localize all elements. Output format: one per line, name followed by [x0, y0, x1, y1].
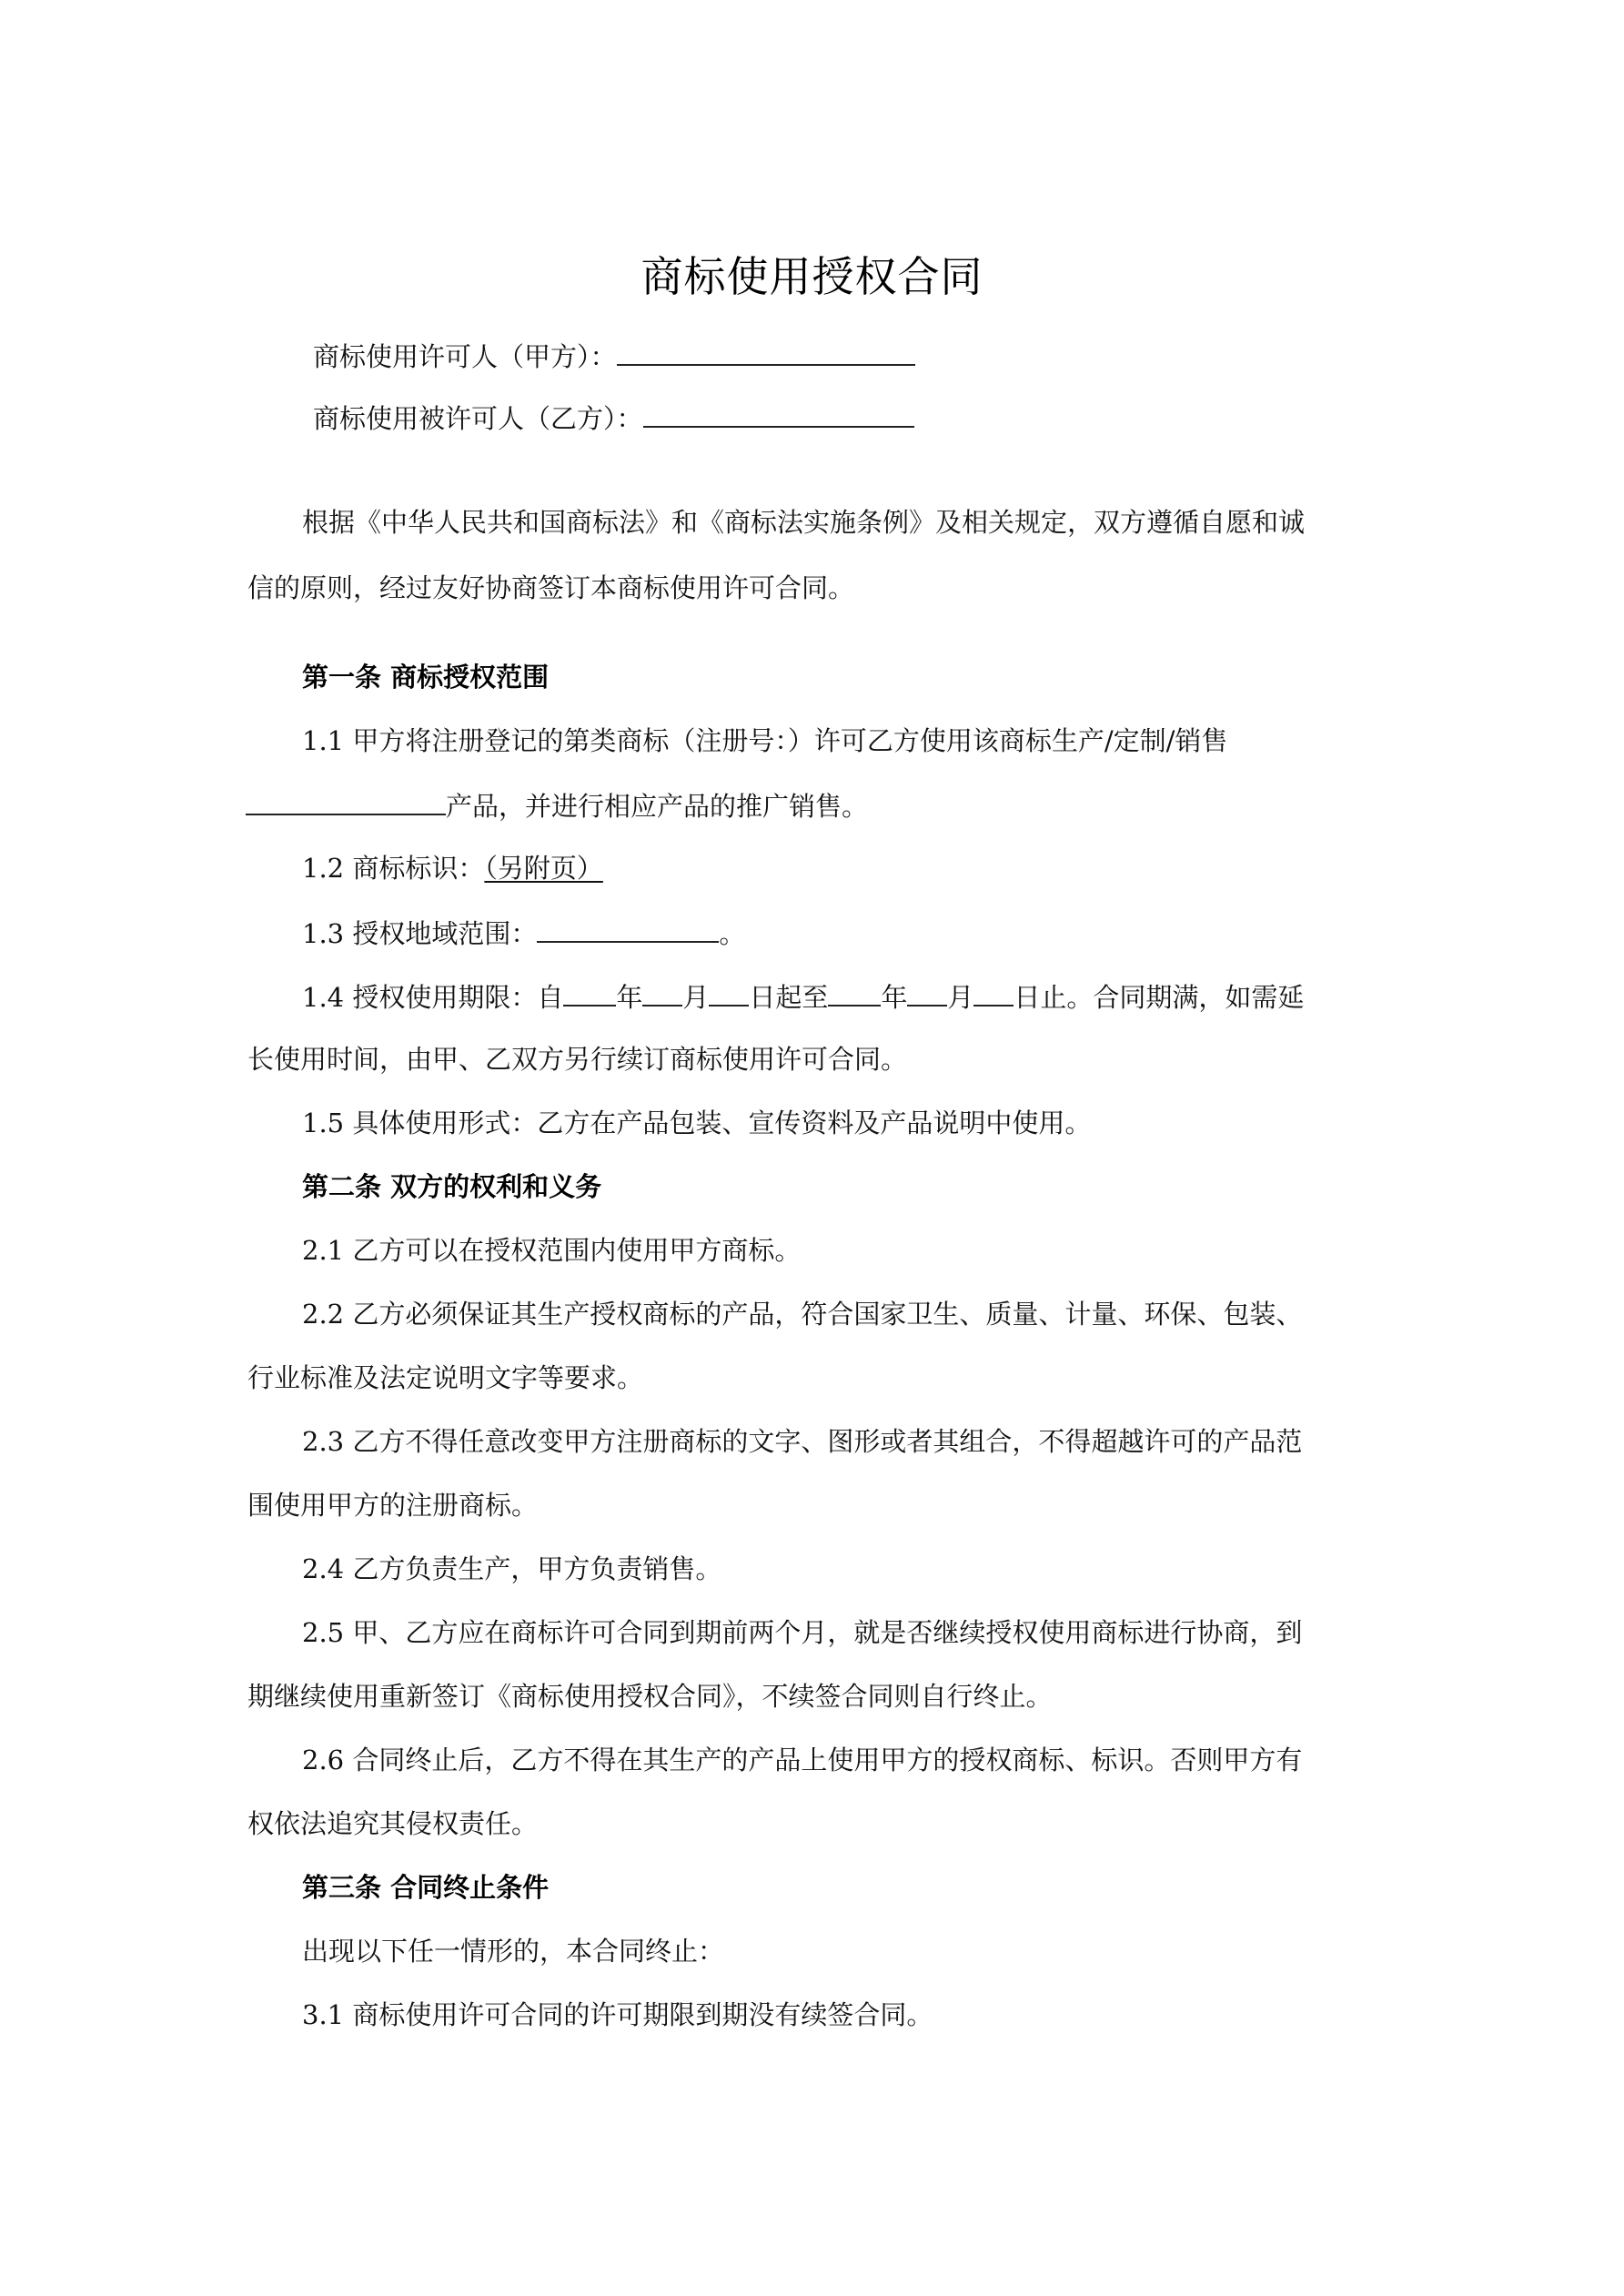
preamble-line-2: 信的原则，经过友好协商签订本商标使用许可合同。 — [247, 571, 854, 604]
clause-2-2-line-1: 2.2 乙方必须保证其生产授权商标的产品，符合国家卫生、质量、计量、环保、包装、 — [302, 1298, 1302, 1330]
month-label: 月 — [682, 982, 709, 1013]
clause-1-3-label: 1.3 授权地域范围： — [302, 918, 537, 949]
licensor-line: 商标使用许可人（甲方）： — [313, 339, 915, 373]
start-year-field[interactable] — [563, 979, 616, 1006]
clause-1-2: 1.2 商标标识：（另附页） — [302, 852, 603, 885]
clause-2-2-line-2: 行业标准及法定说明文字等要求。 — [247, 1361, 643, 1394]
clause-1-5: 1.5 具体使用形式：乙方在产品包装、宣传资料及产品说明中使用。 — [302, 1107, 1091, 1139]
clause-2-1: 2.1 乙方可以在授权范围内使用甲方商标。 — [302, 1234, 801, 1267]
clause-2-4: 2.4 乙方负责生产，甲方负责销售。 — [302, 1553, 721, 1585]
month-label: 月 — [947, 982, 973, 1013]
territory-field[interactable] — [537, 915, 719, 943]
clause-1-1-line-2: 产品，并进行相应产品的推广销售。 — [246, 788, 868, 823]
clause-1-3: 1.3 授权地域范围：。 — [302, 915, 745, 950]
article-3-intro: 出现以下任一情形的，本合同终止： — [302, 1935, 724, 1967]
period: 。 — [719, 918, 745, 949]
clause-3-1: 3.1 商标使用许可合同的许可期限到期没有续签合同。 — [302, 1998, 933, 2031]
licensee-name-field[interactable] — [643, 400, 914, 428]
clause-1-1-suffix: 产品，并进行相应产品的推广销售。 — [446, 791, 868, 822]
article-2-heading: 第二条 双方的权利和义务 — [302, 1170, 601, 1203]
article-1-heading: 第一条 商标授权范围 — [302, 661, 549, 693]
clause-2-5-line-1: 2.5 甲、乙方应在商标许可合同到期前两个月，就是否继续授权使用商标进行协商，到 — [302, 1616, 1302, 1649]
end-month-field[interactable] — [907, 979, 947, 1006]
end-day-field[interactable] — [973, 979, 1014, 1006]
clause-1-2-label: 1.2 商标标识： — [302, 853, 484, 884]
product-name-field[interactable] — [246, 788, 446, 815]
clause-2-5-line-2: 期继续使用重新签订《商标使用授权合同》，不续签合同则自行终止。 — [247, 1680, 1053, 1713]
preamble-line-1: 根据《中华人民共和国商标法》和《商标法实施条例》及相关规定，双方遵循自愿和诚 — [302, 506, 1305, 539]
trademark-logo-attachment: （另附页） — [484, 853, 603, 884]
article-3-heading: 第三条 合同终止条件 — [302, 1871, 549, 1904]
document-page: 商标使用授权合同 商标使用许可人（甲方）： 商标使用被许可人（乙方）： 根据《中… — [0, 0, 1624, 2296]
licensor-label: 商标使用许可人（甲方）： — [313, 341, 617, 372]
clause-1-1-line-1: 1.1 甲方将注册登记的第类商标（注册号：）许可乙方使用该商标生产/定制/销售 — [302, 724, 1227, 757]
clause-2-6-line-2: 权依法追究其侵权责任。 — [247, 1807, 538, 1840]
clause-2-6-line-1: 2.6 合同终止后，乙方不得在其生产的产品上使用甲方的授权商标、标识。否则甲方有 — [302, 1744, 1302, 1776]
start-day-field[interactable] — [709, 979, 749, 1006]
year-label: 年 — [616, 982, 642, 1013]
licensee-line: 商标使用被许可人（乙方）： — [313, 400, 914, 435]
day-until-label: 日起至 — [749, 982, 828, 1013]
clause-1-4-label: 1.4 授权使用期限：自 — [302, 982, 563, 1013]
clause-1-4-tail: 日止。合同期满，如需延 — [1014, 982, 1304, 1013]
document-title: 商标使用授权合同 — [0, 244, 1624, 304]
clause-2-3-line-1: 2.3 乙方不得任意改变甲方注册商标的文字、图形或者其组合，不得超越许可的产品范 — [302, 1425, 1302, 1458]
year-label: 年 — [881, 982, 907, 1013]
end-year-field[interactable] — [828, 979, 881, 1006]
clause-2-3-line-2: 围使用甲方的注册商标。 — [247, 1489, 538, 1522]
licensee-label: 商标使用被许可人（乙方）： — [313, 403, 643, 434]
clause-1-4-line-2: 长使用时间，由甲、乙双方另行续订商标使用许可合同。 — [247, 1043, 907, 1076]
licensor-name-field[interactable] — [617, 339, 915, 366]
clause-1-4-line-1: 1.4 授权使用期限：自年月日起至年月日止。合同期满，如需延 — [302, 979, 1304, 1014]
start-month-field[interactable] — [642, 979, 682, 1006]
